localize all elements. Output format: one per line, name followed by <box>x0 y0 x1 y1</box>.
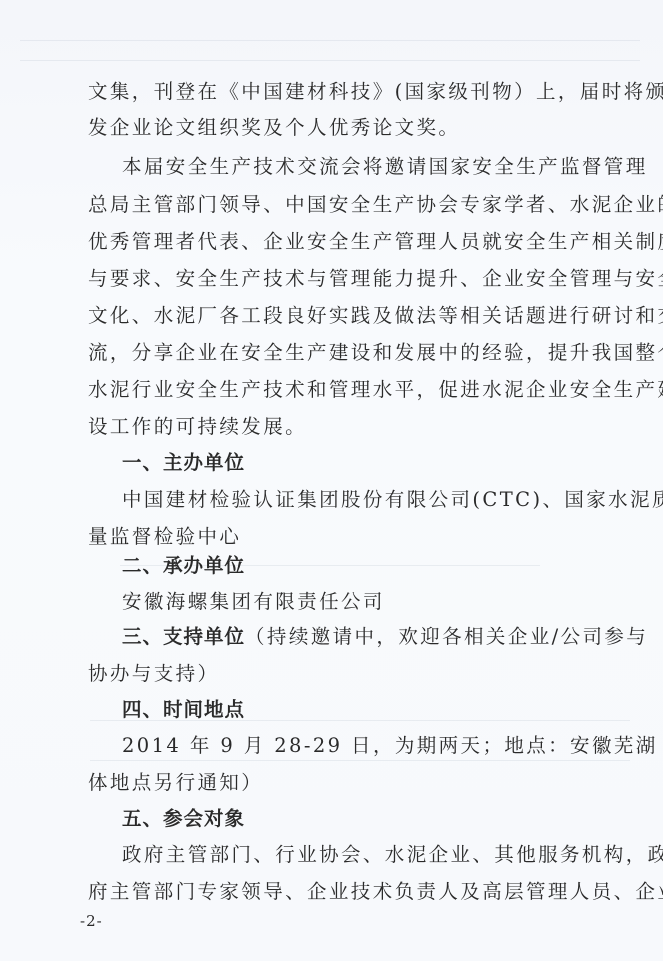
bleed-through-line <box>20 40 640 41</box>
document-page: 文集，刊登在《中国建材科技》(国家级刊物）上，届时将颁 发企业论文组织奖及个人优… <box>0 0 663 961</box>
section-heading-note: （持续邀请中，欢迎各相关企业/公司参与 <box>245 625 648 648</box>
section-heading: 五、参会对象 <box>122 807 245 831</box>
section-body-line: 体地点另行通知） <box>88 771 263 795</box>
paragraph-line: 优秀管理者代表、企业安全生产管理人员就安全生产相关制度 <box>88 230 663 254</box>
section-heading: 三、支持单位 <box>122 625 245 648</box>
paragraph-line: 发企业论文组织奖及个人优秀论文奖。 <box>88 116 460 140</box>
section-body-line: 安徽海螺集团有限责任公司 <box>122 590 385 614</box>
section-body-line: 府主管部门专家领导、企业技术负责人及高层管理人员、企业 <box>88 880 663 904</box>
bleed-through-line <box>20 60 640 61</box>
paragraph-line: 本届安全生产技术交流会将邀请国家安全生产监督管理 <box>122 155 648 179</box>
section-heading: 一、主办单位 <box>122 451 245 475</box>
paragraph-line: 文化、水泥厂各工段良好实践及做法等相关话题进行研讨和交 <box>88 304 663 328</box>
section-body-line: 政府主管部门、行业协会、水泥企业、其他服务机构，政 <box>122 843 663 867</box>
paragraph-line: 与要求、安全生产技术与管理能力提升、企业安全管理与安全 <box>88 267 663 291</box>
section-body-line: 中国建材检验认证集团股份有限公司(CTC)、国家水泥质 <box>122 488 663 512</box>
section-body-line: 2014 年 9 月 28-29 日，为期两天；地点：安徽芜湖（具 <box>122 734 663 758</box>
paragraph-line: 总局主管部门领导、中国安全生产协会专家学者、水泥企业的 <box>88 193 663 217</box>
section-body-line: 量监督检验中心 <box>88 525 241 549</box>
page-number: -2- <box>80 912 103 930</box>
section-heading: 二、承办单位 <box>122 554 245 578</box>
paragraph-line: 水泥行业安全生产技术和管理水平，促进水泥企业安全生产建 <box>88 378 663 402</box>
section-heading-row: 三、支持单位（持续邀请中，欢迎各相关企业/公司参与 <box>122 625 648 649</box>
section-heading: 四、时间地点 <box>122 698 245 722</box>
section-body-line: 协办与支持） <box>88 662 219 686</box>
paragraph-line: 设工作的可持续发展。 <box>88 415 307 439</box>
paragraph-line: 文集，刊登在《中国建材科技》(国家级刊物）上，届时将颁 <box>88 80 663 104</box>
bleed-through-line <box>90 760 630 761</box>
paragraph-line: 流，分享企业在安全生产建设和发展中的经验，提升我国整个 <box>88 341 663 365</box>
